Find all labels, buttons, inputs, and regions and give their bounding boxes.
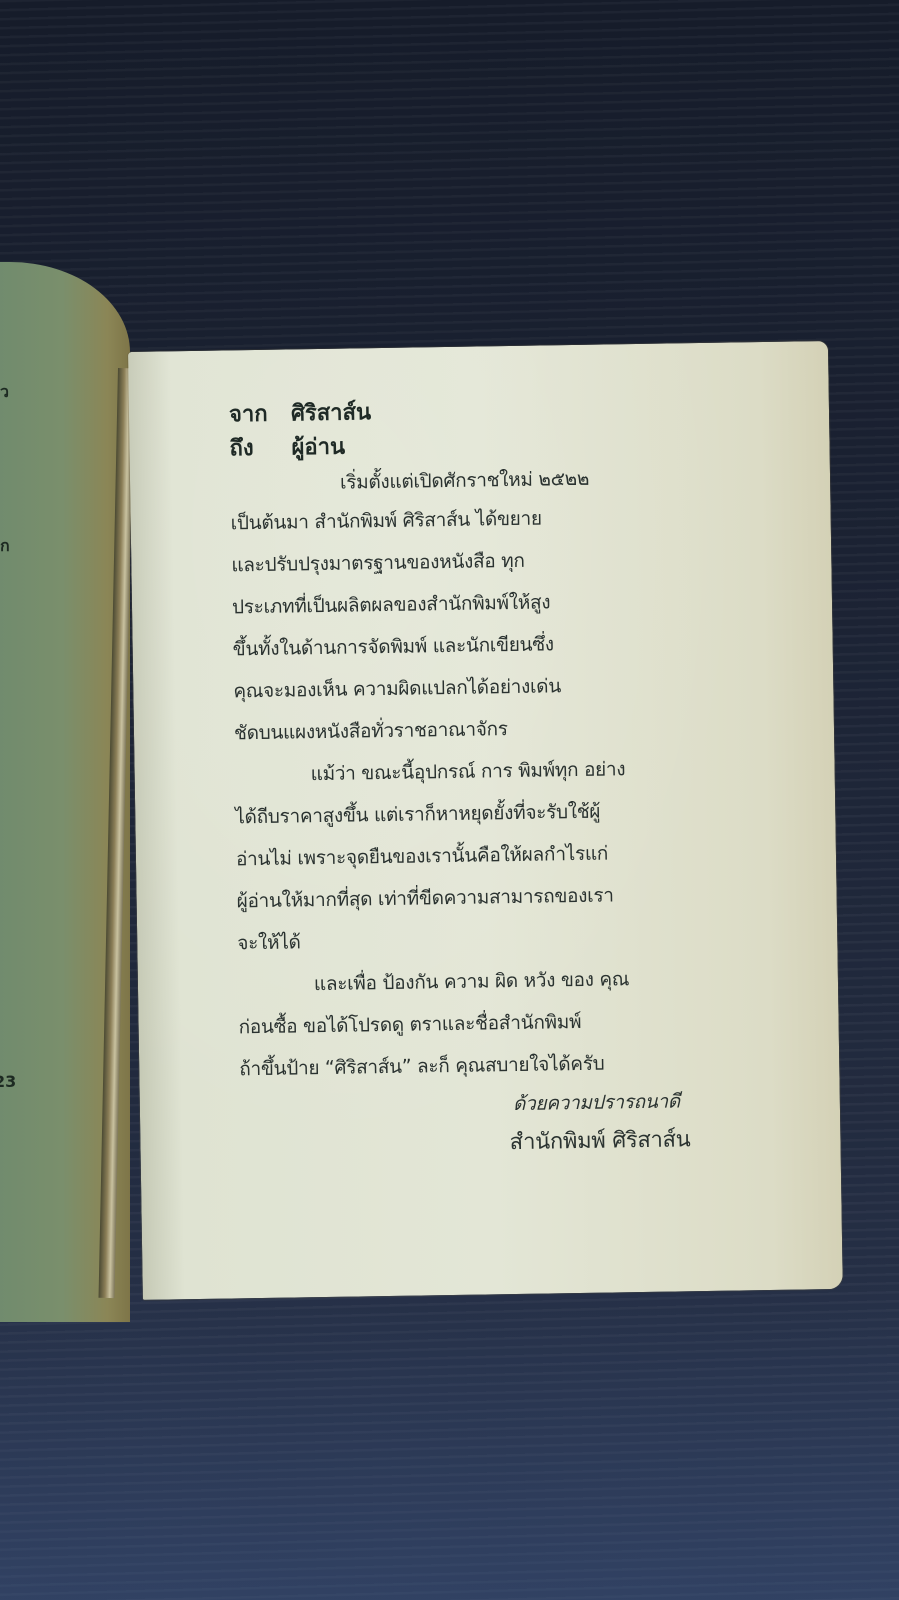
paragraph-3: และเพื่อ ป้องกัน ความ ผิด หวัง ของ คุณ ก… <box>238 957 720 1091</box>
text-line: ก่อนซื้อ ขอได้โปรดดู ตราและชื่อสำนักพิมพ… <box>238 999 719 1049</box>
left-page-number: 23 <box>0 1072 16 1091</box>
text-line: และเพื่อ ป้องกัน ความ ผิด หวัง ของ คุณ <box>238 957 719 1007</box>
letter-body: จากศิริสาส์น ถึงผู้อ่าน เริ่มตั้งแต่เปิด… <box>229 391 721 1168</box>
text-line: ถ้าขึ้นป้าย “ศิริสาส์น” ละก็ คุณสบายใจได… <box>239 1041 720 1091</box>
to-label: ถึง <box>229 431 292 466</box>
to-value: ผู้อ่าน <box>291 435 345 461</box>
left-page-edge-mark: ก <box>0 534 10 559</box>
text-line: จะให้ได้ <box>237 915 718 965</box>
left-page-edge-mark: ว <box>0 380 9 405</box>
text-line: ผู้อ่านให้มากที่สุด เท่าที่ขีดความสามารถ… <box>236 873 717 923</box>
text-line: ชัดบนแผงหนังสือทั่วราชอาณาจักร <box>234 705 715 755</box>
text-line: เป็นต้นมา สำนักพิมพ์ ศิริสาส์น ได้ขยาย <box>230 495 711 545</box>
text-line: อ่านไม่ เพราะจุดยืนของเรานั้นคือให้ผลกำไ… <box>236 831 717 881</box>
text-line: คุณจะมองเห็น ความผิดแปลกได้อย่างเด่น <box>233 663 714 713</box>
text-line: และปรับปรุงมาตรฐานของหนังสือ ทุก <box>231 537 712 587</box>
text-line: แม้ว่า ขณะนี้อุปกรณ์ การ พิมพ์ทุก อย่าง <box>234 747 715 797</box>
paragraph-1: เริ่มตั้งแต่เปิดศักราชใหม่ ๒๕๒๒ เป็นต้นม… <box>230 459 714 755</box>
text-line: ได้ถีบราคาสูงขึ้น แต่เราก็หาหยุดยั้งที่จ… <box>235 789 716 839</box>
table-surface <box>0 1280 899 1600</box>
text-line: ประเภทที่เป็นผลิตผลของสำนักพิมพ์ให้สูง <box>232 579 713 629</box>
right-page: จากศิริสาส์น ถึงผู้อ่าน เริ่มตั้งแต่เปิด… <box>128 341 843 1300</box>
text-line: ขึ้นทั้งในด้านการจัดพิมพ์ และนักเขียนซึ่… <box>232 621 713 671</box>
from-label: จาก <box>229 397 292 432</box>
paragraph-2: แม้ว่า ขณะนี้อุปกรณ์ การ พิมพ์ทุก อย่าง … <box>234 747 717 965</box>
signature: สำนักพิมพ์ ศิริสาส์น <box>240 1119 721 1169</box>
from-value: ศิริสาส์น <box>291 400 371 426</box>
